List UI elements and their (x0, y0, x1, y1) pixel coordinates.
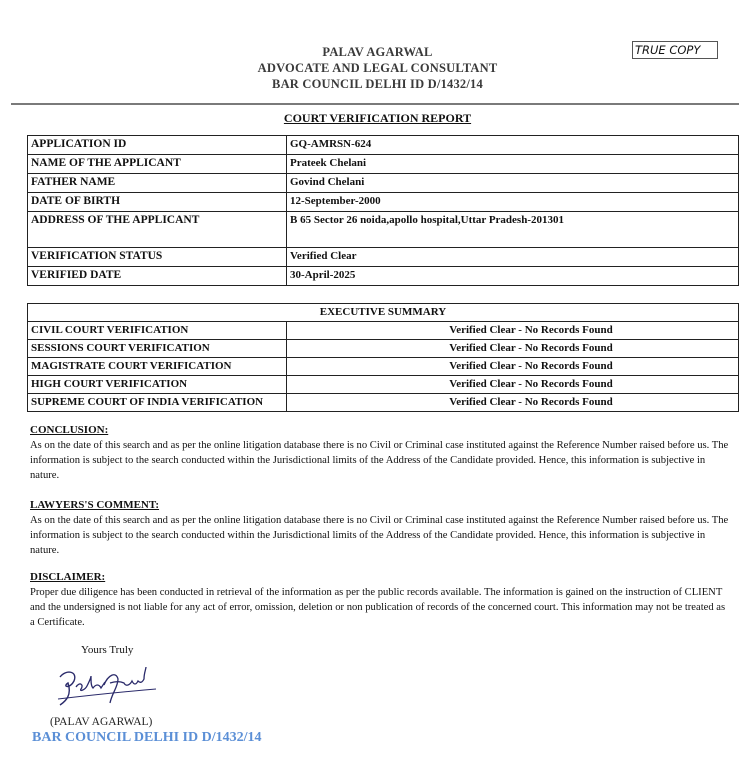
detail-value: B 65 Sector 26 noida,apollo hospital,Utt… (287, 212, 739, 248)
summary-court-label: CIVIL COURT VERIFICATION (28, 322, 287, 340)
summary-result: Verified Clear - No Records Found (287, 340, 739, 358)
summary-header-row: EXECUTIVE SUMMARY (28, 304, 739, 322)
detail-value: Prateek Chelani (287, 155, 739, 174)
report-title: COURT VERIFICATION REPORT (0, 111, 755, 126)
detail-label: ADDRESS OF THE APPLICANT (28, 212, 287, 248)
conclusion-heading: CONCLUSION: (30, 423, 730, 438)
detail-label: APPLICATION ID (28, 136, 287, 155)
detail-row: DATE OF BIRTH12-September-2000 (28, 193, 739, 212)
disclaimer-text: Proper due diligence has been conducted … (30, 585, 730, 630)
header-divider (11, 103, 739, 105)
summary-result: Verified Clear - No Records Found (287, 358, 739, 376)
detail-row: VERIFIED DATE30-April-2025 (28, 267, 739, 286)
detail-value: Verified Clear (287, 248, 739, 267)
detail-value: GQ-AMRSN-624 (287, 136, 739, 155)
disclaimer-section: DISCLAIMER: Proper due diligence has bee… (30, 570, 730, 630)
summary-court-label: SUPREME COURT OF INDIA VERIFICATION (28, 394, 287, 412)
signer-name: (PALAV AGARWAL) (50, 716, 152, 728)
signature-image (52, 665, 162, 710)
detail-label: NAME OF THE APPLICANT (28, 155, 287, 174)
detail-row: ADDRESS OF THE APPLICANTB 65 Sector 26 n… (28, 212, 739, 248)
executive-summary-table: EXECUTIVE SUMMARY CIVIL COURT VERIFICATI… (27, 303, 739, 412)
closing-salutation: Yours Truly (81, 644, 133, 656)
summary-row: MAGISTRATE COURT VERIFICATIONVerified Cl… (28, 358, 739, 376)
summary-court-label: MAGISTRATE COURT VERIFICATION (28, 358, 287, 376)
summary-result: Verified Clear - No Records Found (287, 322, 739, 340)
detail-value: Govind Chelani (287, 174, 739, 193)
detail-label: VERIFIED DATE (28, 267, 287, 286)
summary-result: Verified Clear - No Records Found (287, 394, 739, 412)
detail-row: NAME OF THE APPLICANTPrateek Chelani (28, 155, 739, 174)
signer-bar-id: BAR COUNCIL DELHI ID D/1432/14 (32, 730, 261, 746)
detail-value: 30-April-2025 (287, 267, 739, 286)
summary-row: SESSIONS COURT VERIFICATIONVerified Clea… (28, 340, 739, 358)
summary-result: Verified Clear - No Records Found (287, 376, 739, 394)
detail-row: VERIFICATION STATUSVerified Clear (28, 248, 739, 267)
summary-court-label: SESSIONS COURT VERIFICATION (28, 340, 287, 358)
detail-value: 12-September-2000 (287, 193, 739, 212)
lawyers-comment-section: LAWYERS'S COMMENT: As on the date of thi… (30, 498, 730, 558)
detail-label: VERIFICATION STATUS (28, 248, 287, 267)
summary-row: CIVIL COURT VERIFICATIONVerified Clear -… (28, 322, 739, 340)
conclusion-section: CONCLUSION: As on the date of this searc… (30, 423, 730, 483)
detail-row: FATHER NAMEGovind Chelani (28, 174, 739, 193)
conclusion-text: As on the date of this search and as per… (30, 438, 730, 483)
detail-row: APPLICATION IDGQ-AMRSN-624 (28, 136, 739, 155)
summary-row: SUPREME COURT OF INDIA VERIFICATIONVerif… (28, 394, 739, 412)
disclaimer-heading: DISCLAIMER: (30, 570, 730, 585)
letterhead-bar-id: BAR COUNCIL DELHI ID D/1432/14 (0, 76, 755, 92)
applicant-details-table: APPLICATION IDGQ-AMRSN-624NAME OF THE AP… (27, 135, 739, 286)
summary-title: EXECUTIVE SUMMARY (28, 304, 739, 322)
letterhead-designation: ADVOCATE AND LEGAL CONSULTANT (0, 60, 755, 76)
detail-label: DATE OF BIRTH (28, 193, 287, 212)
true-copy-stamp: TRUE COPY (632, 41, 718, 59)
summary-row: HIGH COURT VERIFICATIONVerified Clear - … (28, 376, 739, 394)
detail-label: FATHER NAME (28, 174, 287, 193)
lawyers-comment-heading: LAWYERS'S COMMENT: (30, 498, 730, 513)
lawyers-comment-text: As on the date of this search and as per… (30, 513, 730, 558)
summary-court-label: HIGH COURT VERIFICATION (28, 376, 287, 394)
